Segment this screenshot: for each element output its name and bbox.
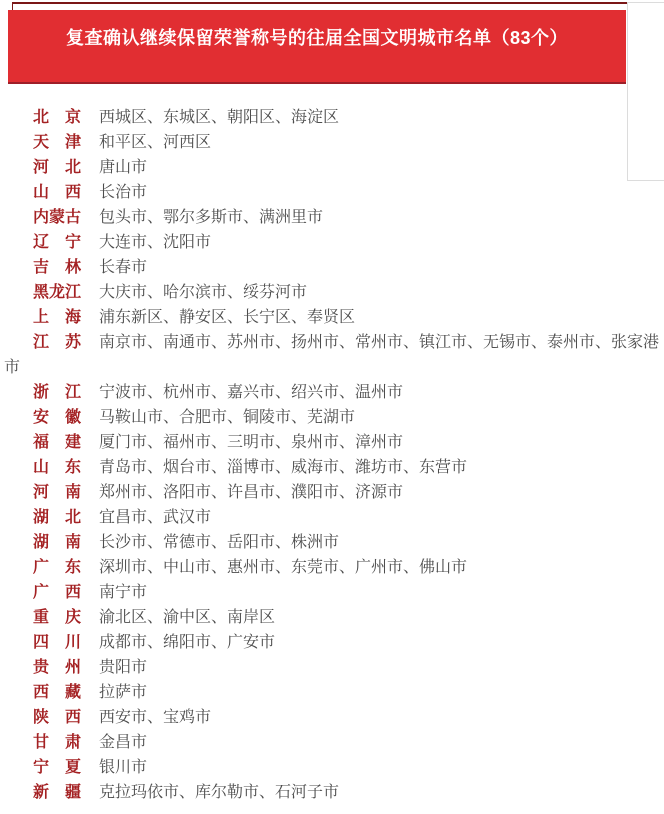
province-row: 上 海浦东新区、静安区、长宁区、奉贤区 [4,305,664,330]
province-row: 湖 南长沙市、常德市、岳阳市、株洲市 [4,530,664,555]
province-name: 四 川 [33,634,81,651]
province-row: 宁 夏银川市 [4,755,664,780]
province-name: 山 西 [33,184,81,201]
province-row: 广 西南宁市 [4,580,664,605]
province-name: 黑龙江 [33,284,81,301]
province-row: 湖 北宜昌市、武汉市 [4,505,664,530]
province-name: 甘 肃 [33,734,81,751]
province-name: 内蒙古 [33,209,81,226]
province-name: 上 海 [33,309,81,326]
city-names: 西安市、宝鸡市 [99,709,211,726]
city-names: 大连市、沈阳市 [99,234,211,251]
province-row: 西 藏拉萨市 [4,680,664,705]
city-names: 马鞍山市、合肥市、铜陵市、芜湖市 [99,409,355,426]
province-name: 广 西 [33,584,81,601]
city-names: 南宁市 [99,584,147,601]
city-names: 青岛市、烟台市、淄博市、威海市、潍坊市、东营市 [99,459,467,476]
city-names: 拉萨市 [99,684,147,701]
province-name: 北 京 [33,109,81,126]
province-row: 贵 州贵阳市 [4,655,664,680]
province-name: 贵 州 [33,659,81,676]
province-row: 四 川成都市、绵阳市、广安市 [4,630,664,655]
header-banner: 复查确认继续保留荣誉称号的往届全国文明城市名单（83个） [8,10,626,84]
city-names: 金昌市 [99,734,147,751]
province-name: 河 北 [33,159,81,176]
province-row: 山 东青岛市、烟台市、淄博市、威海市、潍坊市、东营市 [4,455,664,480]
city-names: 克拉玛依市、库尔勒市、石河子市 [99,784,339,801]
city-names: 宁波市、杭州市、嘉兴市、绍兴市、温州市 [99,384,403,401]
city-names: 西城区、东城区、朝阳区、海淀区 [99,109,339,126]
city-names: 唐山市 [99,159,147,176]
province-row: 山 西长治市 [4,180,664,205]
province-row: 陕 西西安市、宝鸡市 [4,705,664,730]
city-names: 长春市 [99,259,147,276]
province-name: 宁 夏 [33,759,81,776]
province-name: 吉 林 [33,259,81,276]
province-name: 湖 南 [33,534,81,551]
province-row: 安 徽马鞍山市、合肥市、铜陵市、芜湖市 [4,405,664,430]
province-name: 江 苏 [33,334,81,351]
page-title: 复查确认继续保留荣誉称号的往届全国文明城市名单（83个） [8,10,626,50]
province-row: 河 南郑州市、洛阳市、许昌市、濮阳市、济源市 [4,480,664,505]
province-name: 新 疆 [33,784,81,801]
page: { "header": { "title": "复查确认继续保留荣誉称号的往届全… [0,0,664,814]
province-name: 西 藏 [33,684,81,701]
city-names: 深圳市、中山市、惠州市、东莞市、广州市、佛山市 [99,559,467,576]
city-names: 南京市、南通市、苏州市、扬州市、常州市、镇江市、无锡市、泰州市、张家港市 [4,334,659,376]
city-names: 郑州市、洛阳市、许昌市、濮阳市、济源市 [99,484,403,501]
city-names: 贵阳市 [99,659,147,676]
province-row: 河 北唐山市 [4,155,664,180]
province-name: 浙 江 [33,384,81,401]
province-row: 天 津和平区、河西区 [4,130,664,155]
province-name: 重 庆 [33,609,81,626]
province-name: 湖 北 [33,509,81,526]
province-name: 陕 西 [33,709,81,726]
province-row: 江 苏南京市、南通市、苏州市、扬州市、常州市、镇江市、无锡市、泰州市、张家港市 [4,330,664,380]
province-row: 北 京西城区、东城区、朝阳区、海淀区 [4,105,664,130]
province-name: 河 南 [33,484,81,501]
city-names: 成都市、绵阳市、广安市 [99,634,275,651]
city-names: 和平区、河西区 [99,134,211,151]
city-names: 宜昌市、武汉市 [99,509,211,526]
province-row: 新 疆克拉玛依市、库尔勒市、石河子市 [4,780,664,805]
city-names: 浦东新区、静安区、长宁区、奉贤区 [99,309,355,326]
province-name: 辽 宁 [33,234,81,251]
province-name: 福 建 [33,434,81,451]
right-panel-fragment [627,2,664,181]
province-name: 天 津 [33,134,81,151]
province-row: 辽 宁大连市、沈阳市 [4,230,664,255]
province-row: 甘 肃金昌市 [4,730,664,755]
province-row: 黑龙江大庆市、哈尔滨市、绥芬河市 [4,280,664,305]
city-names: 厦门市、福州市、三明市、泉州市、漳州市 [99,434,403,451]
city-names: 银川市 [99,759,147,776]
city-names: 大庆市、哈尔滨市、绥芬河市 [99,284,307,301]
city-names: 长沙市、常德市、岳阳市、株洲市 [99,534,339,551]
province-name: 广 东 [33,559,81,576]
province-row: 福 建厦门市、福州市、三明市、泉州市、漳州市 [4,430,664,455]
province-row: 内蒙古包头市、鄂尔多斯市、满洲里市 [4,205,664,230]
city-names: 包头市、鄂尔多斯市、满洲里市 [99,209,323,226]
province-row: 吉 林长春市 [4,255,664,280]
city-names: 渝北区、渝中区、南岸区 [99,609,275,626]
province-row: 浙 江宁波市、杭州市、嘉兴市、绍兴市、温州市 [4,380,664,405]
city-list: 北 京西城区、东城区、朝阳区、海淀区 天 津和平区、河西区 河 北唐山市 山 西… [0,105,664,805]
province-name: 山 东 [33,459,81,476]
city-names: 长治市 [99,184,147,201]
province-name: 安 徽 [33,409,81,426]
province-row: 重 庆渝北区、渝中区、南岸区 [4,605,664,630]
province-row: 广 东深圳市、中山市、惠州市、东莞市、广州市、佛山市 [4,555,664,580]
